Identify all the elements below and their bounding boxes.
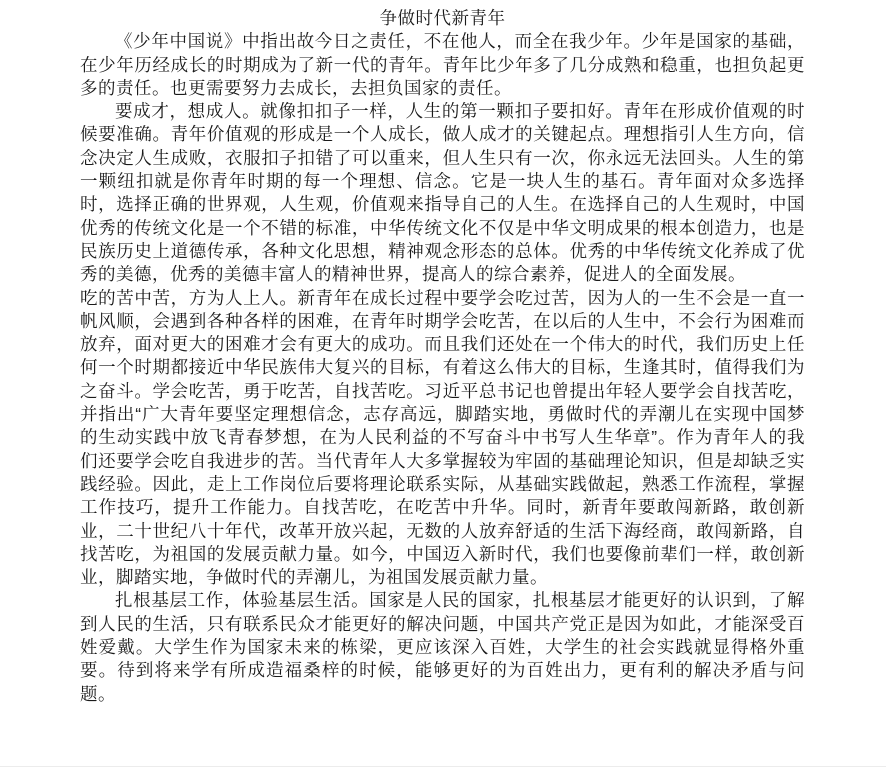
paragraph-grassroots: 扎根基层工作，体验基层生活。国家是人民的国家，扎根基层才能更好的认识到，了解到人… — [80, 589, 805, 705]
paragraph-values: 要成才，想成人。就像扣扣子一样，人生的第一颗扣子要扣好。青年在形成价值观的时候要… — [80, 100, 805, 286]
paragraph-intro: 《少年中国说》中指出故今日之责任，不在他人，而全在我少年。少年是国家的基础，在少… — [80, 30, 805, 100]
paragraph-hardship: 吃的苦中苦，方为人上人。新青年在成长过程中要学会吃过苦，因为人的一生不会是一直一… — [80, 287, 805, 590]
document-title: 争做时代新青年 — [80, 7, 805, 30]
document-page: 争做时代新青年 《少年中国说》中指出故今日之责任，不在他人，而全在我少年。少年是… — [0, 0, 886, 767]
